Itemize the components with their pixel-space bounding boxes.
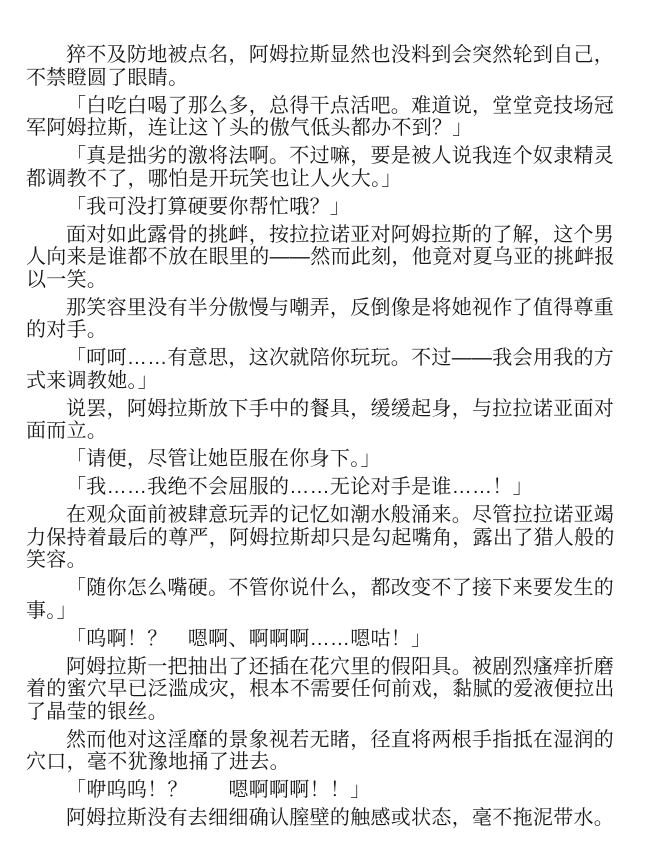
text-line: 人向来是谁都不放在眼里的——然而此刻，他竟对夏乌亚的挑衅报	[26, 246, 624, 269]
text-line: 着的蜜穴早已泛滥成灾，根本不需要任何前戏，黏腻的爱液便拉出	[26, 678, 624, 701]
text-line: 力保持着最后的尊严，阿姆拉斯却只是勾起嘴角，露出了猎人般的	[26, 527, 624, 550]
paragraph: 「我……我绝不会屈服的……无论对手是谁……！」	[26, 476, 624, 499]
text-line: 「咿呜呜！？ 嗯啊啊啊！！」	[26, 779, 624, 802]
paragraph: 阿姆拉斯没有去细细确认膣壁的触感或状态，毫不拖泥带水。	[26, 807, 624, 830]
text-line: 不禁瞪圆了眼睛。	[26, 67, 624, 90]
text-line: 「我可没打算硬要你帮忙哦？」	[26, 196, 624, 219]
text-line: 笑容。	[26, 549, 624, 572]
text-line: 猝不及防地被点名，阿姆拉斯显然也没料到会突然轮到自己，	[26, 44, 624, 67]
text-line: 「真是拙劣的激将法啊。不过嘛，要是被人说我连个奴隶精灵	[26, 145, 624, 168]
text-line: 然而他对这淫靡的景象视若无睹，径直将两根手指抵在湿润的	[26, 729, 624, 752]
novel-page: 猝不及防地被点名，阿姆拉斯显然也没料到会突然轮到自己，不禁瞪圆了眼睛。「白吃白喝…	[0, 0, 650, 850]
text-line: 面而立。	[26, 420, 624, 443]
text-line: 「我……我绝不会屈服的……无论对手是谁……！」	[26, 476, 624, 499]
text-line: 阿姆拉斯一把抽出了还插在花穴里的假阳具。被剧烈瘙痒折磨	[26, 656, 624, 679]
paragraph: 「请便，尽管让她臣服在你身下。」	[26, 448, 624, 471]
text-line: 军阿姆拉斯，连让这丫头的傲气低头都办不到？」	[26, 117, 624, 140]
text-content: 猝不及防地被点名，阿姆拉斯显然也没料到会突然轮到自己，不禁瞪圆了眼睛。「白吃白喝…	[26, 44, 624, 830]
text-line: 「白吃白喝了那么多，总得干点活吧。难道说，堂堂竞技场冠	[26, 95, 624, 118]
text-line: 说罢，阿姆拉斯放下手中的餐具，缓缓起身，与拉拉诺亚面对	[26, 398, 624, 421]
paragraph: 阿姆拉斯一把抽出了还插在花穴里的假阳具。被剧烈瘙痒折磨着的蜜穴早已泛滥成灾，根本…	[26, 656, 624, 724]
text-line: 面对如此露骨的挑衅，按拉拉诺亚对阿姆拉斯的了解，这个男	[26, 224, 624, 247]
paragraph: 那笑容里没有半分傲慢与嘲弄，反倒像是将她视作了值得尊重的对手。	[26, 297, 624, 342]
paragraph: 「呵呵……有意思，这次就陪你玩玩。不过——我会用我的方式来调教她。」	[26, 347, 624, 392]
text-line: 了晶莹的银丝。	[26, 701, 624, 724]
text-line: 「请便，尽管让她臣服在你身下。」	[26, 448, 624, 471]
paragraph: 面对如此露骨的挑衅，按拉拉诺亚对阿姆拉斯的了解，这个男人向来是谁都不放在眼里的—…	[26, 224, 624, 292]
paragraph: 然而他对这淫靡的景象视若无睹，径直将两根手指抵在湿润的穴口，毫不犹豫地捅了进去。	[26, 729, 624, 774]
text-line: 在观众面前被肆意玩弄的记忆如潮水般涌来。尽管拉拉诺亚竭	[26, 504, 624, 527]
text-line: 「呜啊！？ 嗯啊、啊啊啊……嗯咕！」	[26, 628, 624, 651]
paragraph: 「我可没打算硬要你帮忙哦？」	[26, 196, 624, 219]
paragraph: 「呜啊！？ 嗯啊、啊啊啊……嗯咕！」	[26, 628, 624, 651]
paragraph: 说罢，阿姆拉斯放下手中的餐具，缓缓起身，与拉拉诺亚面对面而立。	[26, 398, 624, 443]
text-line: 穴口，毫不犹豫地捅了进去。	[26, 751, 624, 774]
text-line: 都调教不了，哪怕是开玩笑也让人火大。」	[26, 168, 624, 191]
text-line: 事。」	[26, 600, 624, 623]
paragraph: 「白吃白喝了那么多，总得干点活吧。难道说，堂堂竞技场冠军阿姆拉斯，连让这丫头的傲…	[26, 95, 624, 140]
text-line: 阿姆拉斯没有去细细确认膣壁的触感或状态，毫不拖泥带水。	[26, 807, 624, 830]
paragraph: 「咿呜呜！？ 嗯啊啊啊！！」	[26, 779, 624, 802]
text-line: 那笑容里没有半分傲慢与嘲弄，反倒像是将她视作了值得尊重	[26, 297, 624, 320]
text-line: 「随你怎么嘴硬。不管你说什么，都改变不了接下来要发生的	[26, 577, 624, 600]
paragraph: 「真是拙劣的激将法啊。不过嘛，要是被人说我连个奴隶精灵都调教不了，哪怕是开玩笑也…	[26, 145, 624, 190]
text-line: 的对手。	[26, 319, 624, 342]
paragraph: 在观众面前被肆意玩弄的记忆如潮水般涌来。尽管拉拉诺亚竭力保持着最后的尊严，阿姆拉…	[26, 504, 624, 572]
text-line: 以一笑。	[26, 269, 624, 292]
text-line: 「呵呵……有意思，这次就陪你玩玩。不过——我会用我的方	[26, 347, 624, 370]
paragraph: 「随你怎么嘴硬。不管你说什么，都改变不了接下来要发生的事。」	[26, 577, 624, 622]
text-line: 式来调教她。」	[26, 370, 624, 393]
paragraph: 猝不及防地被点名，阿姆拉斯显然也没料到会突然轮到自己，不禁瞪圆了眼睛。	[26, 44, 624, 89]
